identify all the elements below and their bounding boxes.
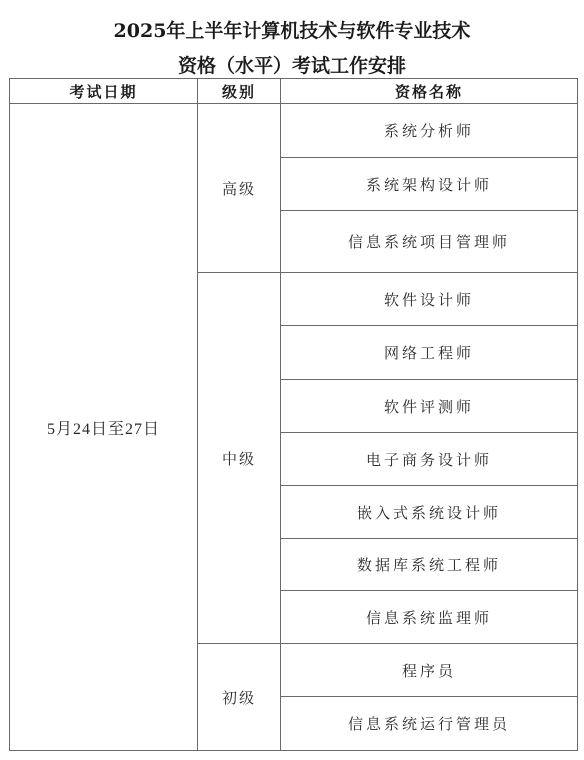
qualification-cell: 软件设计师	[281, 273, 578, 326]
qualification-cell: 软件评测师	[281, 380, 578, 433]
header-qualification-name: 资格名称	[281, 79, 578, 104]
table-header-row: 考试日期 级别 资格名称	[10, 79, 578, 104]
document-title-line-2: 资格（水平）考试工作安排	[0, 51, 584, 78]
exam-date-cell: 5月24日至27日	[10, 104, 198, 751]
qualification-cell: 信息系统项目管理师	[281, 211, 578, 273]
level-cell-intermediate: 中级	[198, 273, 281, 644]
qualification-cell: 网络工程师	[281, 326, 578, 380]
header-exam-date: 考试日期	[10, 79, 198, 104]
level-cell-junior: 初级	[198, 644, 281, 751]
qualification-cell: 嵌入式系统设计师	[281, 486, 578, 539]
exam-schedule-table: 考试日期 级别 资格名称 5月24日至27日 高级 系统分析师 系统架构设计师 …	[9, 78, 578, 751]
document-title-line-1: 2025年上半年计算机技术与软件专业技术	[0, 16, 584, 43]
qualification-cell: 程序员	[281, 644, 578, 697]
qualification-cell: 系统架构设计师	[281, 158, 578, 211]
header-level: 级别	[198, 79, 281, 104]
table-row: 5月24日至27日 高级 系统分析师	[10, 104, 578, 158]
qualification-cell: 信息系统监理师	[281, 591, 578, 644]
qualification-cell: 数据库系统工程师	[281, 539, 578, 591]
qualification-cell: 电子商务设计师	[281, 433, 578, 486]
qualification-cell: 系统分析师	[281, 104, 578, 158]
qualification-cell: 信息系统运行管理员	[281, 697, 578, 751]
level-cell-senior: 高级	[198, 104, 281, 273]
